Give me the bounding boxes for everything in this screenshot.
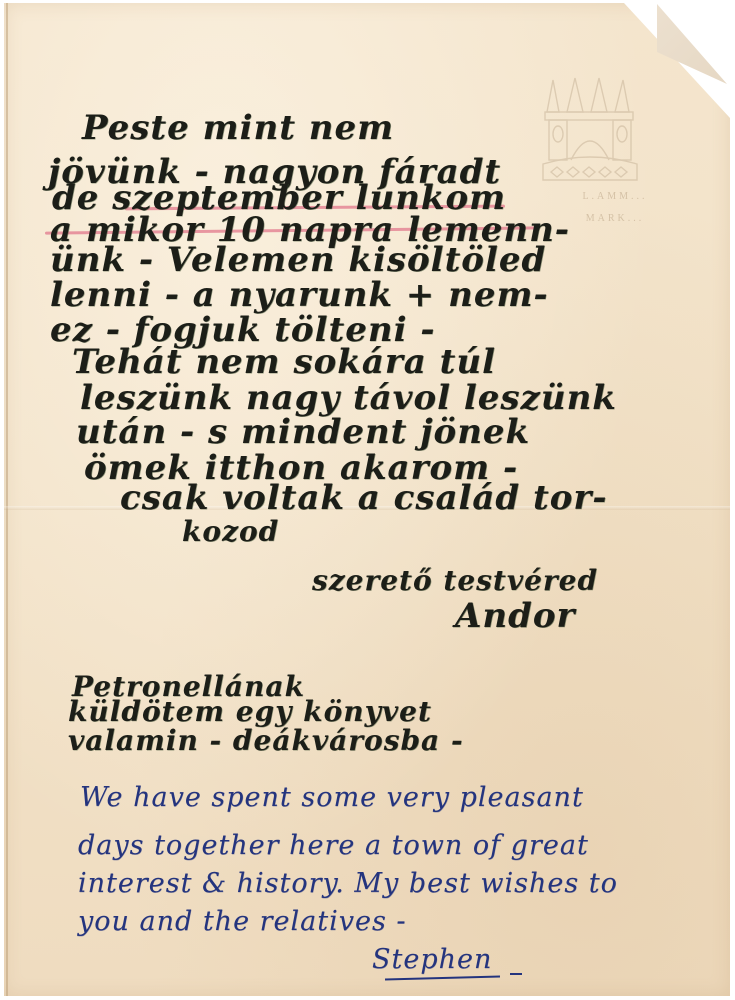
postscript-line: valamin - deákvárosba - (68, 724, 464, 757)
english-line: you and the relatives - (78, 906, 407, 937)
letterhead-line-1: L.AMM... (565, 186, 665, 208)
letter-line: csak voltak a család tor- (120, 478, 607, 518)
english-line: We have spent some very pleasant (80, 782, 584, 813)
signature-dash (510, 973, 522, 975)
letter-closing: szerető testvéred (312, 564, 598, 597)
letterhead-text: L.AMM... MARK... (565, 186, 665, 230)
letter-line: ünk - Velemen kisöltöled (50, 240, 546, 280)
paper-left-edge (6, 3, 8, 996)
letter-line: lenni - a nyarunk + nem- (50, 275, 549, 315)
english-line: interest & history. My best wishes to (78, 868, 618, 899)
english-line: days together here a town of great (78, 830, 589, 861)
letter-line: Peste mint nem (82, 108, 394, 148)
letter-line: Tehát nem sokára túl (72, 342, 496, 382)
letter-line: kozod (182, 515, 279, 548)
letterhead-line-2: MARK... (565, 208, 665, 230)
signature-stephen: Stephen (372, 944, 492, 975)
letterhead-emblem-icon (535, 72, 645, 187)
letter-line: után - s mindent jönek (76, 412, 530, 452)
signature-andor: Andor (455, 596, 575, 636)
